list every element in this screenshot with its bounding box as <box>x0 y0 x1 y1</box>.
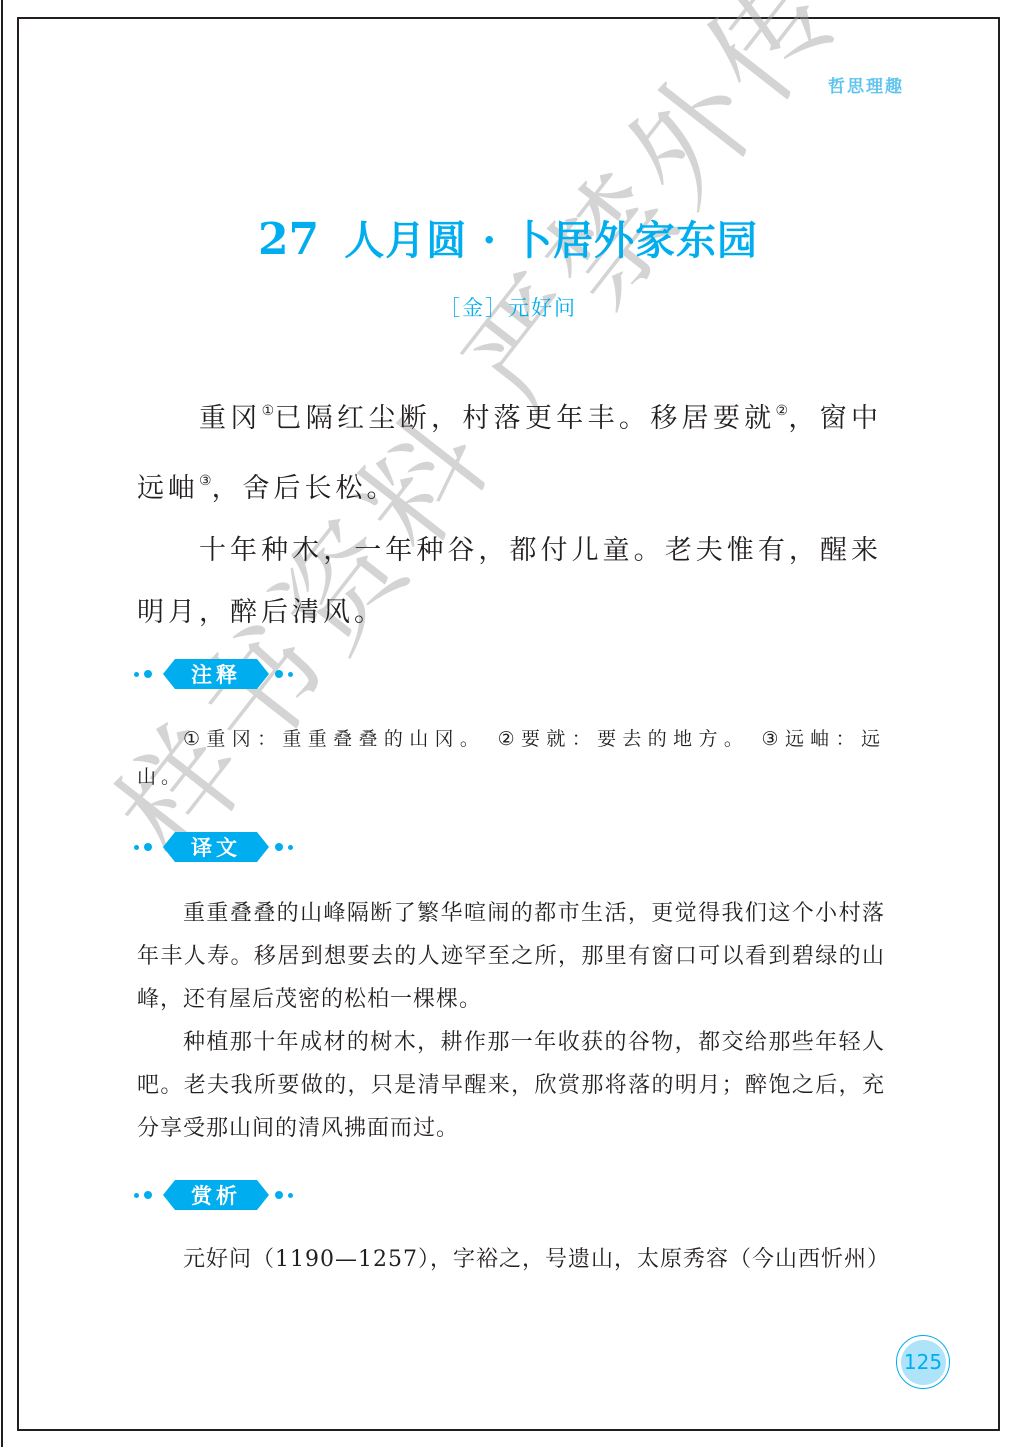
translation-badge: 译文 <box>163 832 269 862</box>
section-header-translation: 译文 <box>134 830 298 864</box>
poem-stanza-1: 重冈①已隔红尘断，村落更年丰。移居要就②，窗中远岫③，舍后长松。 <box>137 380 882 520</box>
dot-icon <box>288 845 293 850</box>
notes-badge: 注释 <box>163 659 269 689</box>
page-number-badge: 125 <box>896 1335 950 1389</box>
dot-icon <box>144 670 152 678</box>
analysis-badge: 赏析 <box>163 1180 269 1210</box>
footnote-ref-1: ① <box>262 403 275 419</box>
lesson-number: 27 <box>258 210 319 270</box>
page-number: 125 <box>901 1340 946 1385</box>
translation-paragraph: 重重叠叠的山峰隔断了繁华喧闹的都市生活，更觉得我们这个小村落年丰人寿。移居到想要… <box>137 892 885 1021</box>
dot-icon <box>275 1191 283 1199</box>
dot-icon <box>144 843 152 851</box>
page-title: 27 人月圆 · 卜居外家东园 <box>0 210 1016 271</box>
analysis-paragraph: 元好问（1190—1257），字裕之，号遗山，太原秀容（今山西忻州） <box>137 1238 885 1281</box>
dot-icon <box>144 1191 152 1199</box>
poem-title: 人月圆 · 卜居外家东园 <box>344 211 758 271</box>
section-header-notes: 注释 <box>134 657 298 691</box>
translation-body: 重重叠叠的山峰隔断了繁华喧闹的都市生活，更觉得我们这个小村落年丰人寿。移居到想要… <box>137 892 885 1150</box>
dot-icon <box>134 1193 139 1198</box>
dot-icon <box>275 670 283 678</box>
dot-icon <box>134 672 139 677</box>
running-head: 哲思理趣 <box>828 72 904 97</box>
poem-stanza-2: 十年种木，一年种谷，都付儿童。老夫惟有，醒来明月，醉后清风。 <box>137 520 882 644</box>
notes-body: ①重冈：重重叠叠的山冈。 ②要就：要去的地方。 ③远岫：远山。 <box>137 720 885 796</box>
footnote-ref-2: ② <box>776 403 789 419</box>
section-header-analysis: 赏析 <box>134 1178 298 1212</box>
footnote-ref-3: ③ <box>199 473 212 489</box>
dot-icon <box>288 672 293 677</box>
poem-body: 重冈①已隔红尘断，村落更年丰。移居要就②，窗中远岫③，舍后长松。 十年种木，一年… <box>137 380 882 644</box>
analysis-body: 元好问（1190—1257），字裕之，号遗山，太原秀容（今山西忻州） <box>137 1238 885 1281</box>
dot-icon <box>134 845 139 850</box>
dot-icon <box>288 1193 293 1198</box>
poem-author: ［金］元好问 <box>0 292 1016 322</box>
translation-paragraph: 种植那十年成材的树木，耕作那一年收获的谷物，都交给那些年轻人吧。老夫我所要做的，… <box>137 1021 885 1150</box>
dot-icon <box>275 843 283 851</box>
